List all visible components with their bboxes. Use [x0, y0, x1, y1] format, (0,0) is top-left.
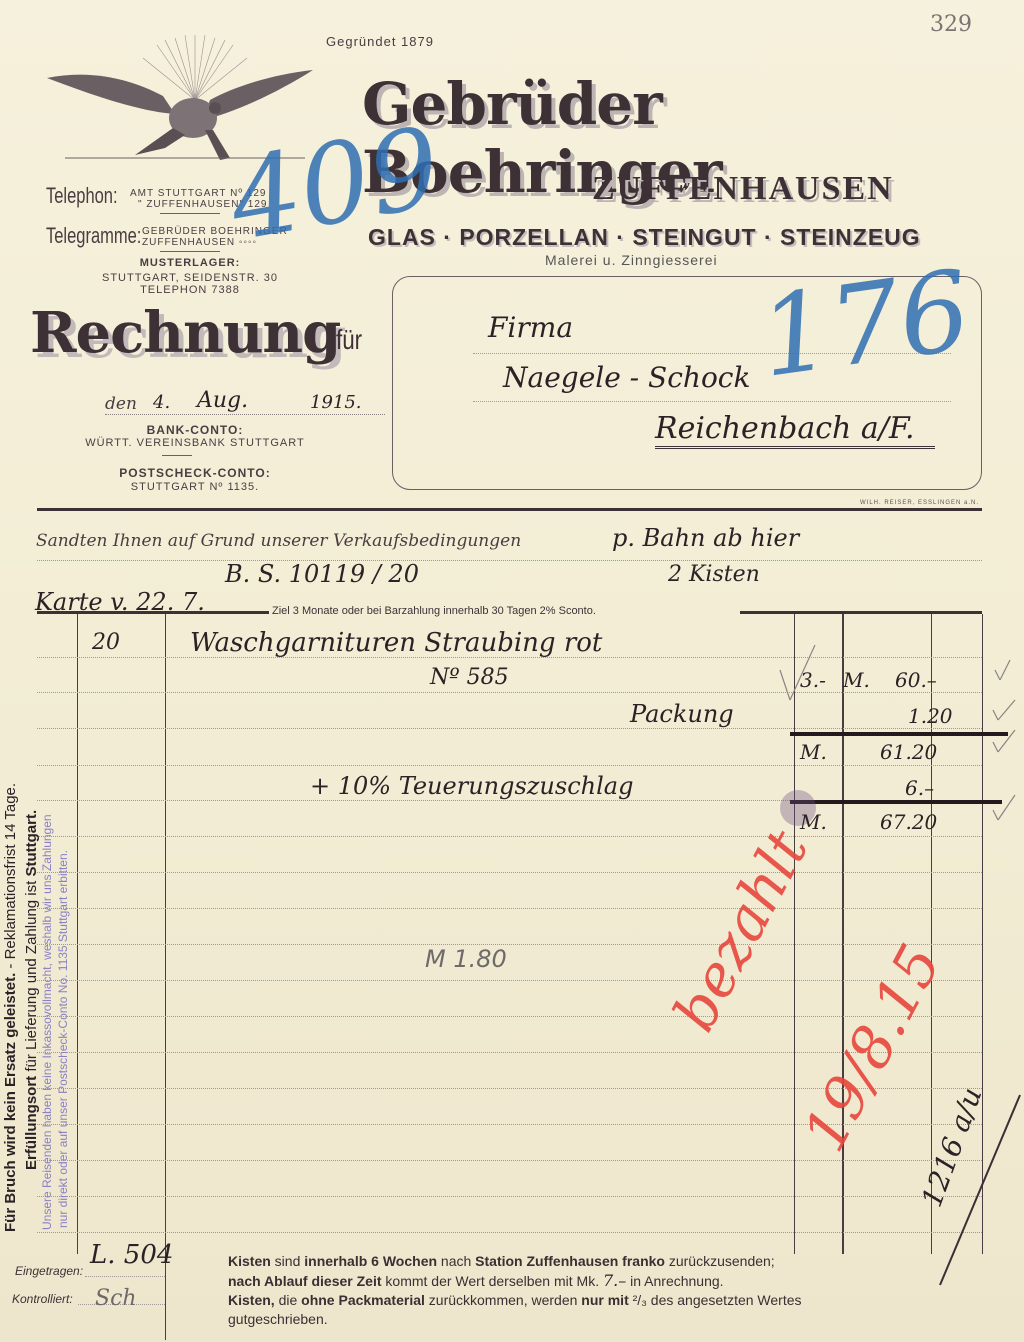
breakage-notice: Für Bruch wird kein Ersatz geleistet. - … — [2, 783, 19, 1232]
payment-terms: Ziel 3 Monate oder bei Barzahlung innerh… — [272, 605, 596, 617]
recipient-line1: Firma — [488, 311, 573, 344]
date-day: 4. — [153, 392, 170, 413]
header-rule — [37, 508, 982, 511]
item-description: Waschgarnituren Straubing rot — [190, 628, 602, 658]
archive-number: 329 — [930, 12, 972, 37]
text-bold: innerhalb 6 Wochen — [304, 1253, 437, 1269]
checked-label: Kontrolliert: — [12, 1292, 73, 1306]
return-policy-line2: nach Ablauf dieser Zeit kommt der Wert d… — [228, 1271, 918, 1291]
text: in Anrechnung. — [626, 1273, 723, 1289]
return-policy-line4: gutgeschrieben. — [228, 1310, 918, 1329]
date-prefix: den — [105, 394, 137, 414]
text-bold: Kisten, — [228, 1292, 275, 1308]
checked-value: Sch — [95, 1286, 137, 1311]
place-city: Stuttgart. — [23, 810, 40, 877]
text: zurückkommen, werden — [425, 1292, 581, 1308]
entered-label: Eingetragen: — [15, 1264, 83, 1278]
bank-label: BANK-CONTO: — [60, 423, 330, 437]
document-title: Rechnung — [30, 300, 340, 366]
text-bold: nur mit — [581, 1292, 628, 1308]
recipient-line3: Reichenbach a/F. — [655, 411, 935, 449]
ruled-line — [37, 908, 982, 909]
package-count: 2 Kisten — [668, 562, 760, 587]
text-bold: Station Zuffenhausen franko — [475, 1253, 665, 1269]
text-bold: nach Ablauf dieser Zeit — [228, 1273, 382, 1289]
bank-value: WÜRTT. VEREINSBANK STUTTGART — [50, 437, 340, 449]
text-bold: ohne Packmaterial — [301, 1292, 425, 1308]
terms-rule-right — [740, 611, 982, 614]
surcharge-label: + 10% Teuerungszuschlag — [310, 772, 633, 800]
postal-check-label: POSTSCHECK-CONTO: — [60, 466, 330, 480]
company-subtitle: Malerei u. Zinngiesserei — [545, 252, 718, 268]
printer-credit: WILH. REISER, ESSLINGEN a.N. — [860, 500, 979, 506]
text: nach — [437, 1253, 475, 1269]
telegram-label: Telegramme: — [46, 223, 141, 249]
breakage-notice-bold: Für Bruch wird kein Ersatz geleistet. — [2, 973, 19, 1232]
divider — [160, 213, 220, 214]
return-policy-line3: Kisten, die ohne Packmaterial zurückkomm… — [228, 1291, 918, 1310]
text-bold: Kisten — [228, 1253, 271, 1269]
ruled-line — [37, 1016, 982, 1017]
text: sind — [271, 1253, 304, 1269]
date-year: 1915. — [310, 392, 362, 413]
order-reference: B. S. 10119 / 20 — [225, 560, 419, 588]
company-city: ZUFFENHAUSEN — [592, 170, 894, 208]
column-line — [165, 614, 166, 1254]
shipping-method: p. Bahn ab hier — [612, 524, 799, 552]
stamp-notice-1: Unsere Reisenden haben keine Inkassovoll… — [40, 814, 54, 1230]
terms-rule-left — [37, 611, 269, 614]
product-line: GLAS · PORZELLAN · STEINGUT · STEINZEUG — [368, 224, 921, 251]
entered-line — [85, 1276, 165, 1277]
complaint-period: - Reklamationsfrist 14 Tage. — [2, 783, 19, 973]
recipient-line2: Naegele - Schock — [503, 361, 750, 394]
ruled-line — [37, 1160, 982, 1161]
pencil-note: M 1.80 — [425, 945, 507, 973]
shipping-intro: Sandten Ihnen auf Grund unserer Verkaufs… — [36, 531, 521, 551]
founded-year: Gegründet 1879 — [326, 34, 434, 49]
telephone-label: Telephon: — [46, 183, 118, 209]
text: ²/₃ des angesetzten Wertes — [629, 1292, 802, 1308]
ruled-line — [37, 944, 982, 945]
address-rule — [473, 401, 951, 403]
return-policy: Kisten sind innerhalb 6 Wochen nach Stat… — [228, 1252, 918, 1329]
place-label: Erfüllungsort — [23, 1076, 40, 1170]
column-line — [77, 614, 78, 1254]
stamp-notice-2: nur direkt oder auf unser Postscheck-Con… — [56, 850, 70, 1228]
checkmarks-icon — [760, 630, 1020, 840]
ruled-line — [37, 872, 982, 873]
ruled-line — [37, 1232, 982, 1233]
text: kommt der Wert derselben mit Mk. — [382, 1273, 603, 1289]
text: zurückzusenden; — [665, 1253, 775, 1269]
place-text: für Lieferung und Zahlung ist — [23, 877, 40, 1076]
item-detail: Nº 585 — [430, 665, 509, 690]
ruled-line — [37, 1196, 982, 1197]
packing-label: Packung — [630, 700, 734, 728]
showroom-phone: TELEPHON 7388 — [70, 284, 310, 296]
ruled-line — [37, 560, 982, 561]
crate-value: 7.– — [603, 1271, 626, 1290]
ruled-line — [37, 980, 982, 981]
cross-out-stroke — [930, 1090, 1024, 1290]
place-of-performance: Erfüllungsort für Lieferung und Zahlung … — [23, 810, 40, 1170]
divider — [162, 455, 192, 456]
entered-value: L. 504 — [90, 1240, 173, 1270]
text: die — [275, 1292, 301, 1308]
date-field: den 4. Aug. 1915. — [105, 392, 385, 415]
date-month: Aug. — [197, 388, 248, 413]
item-quantity: 20 — [92, 630, 120, 655]
showroom-address: STUTTGART, SEIDENSTR. 30 — [70, 272, 310, 284]
postal-check-value: STUTTGART Nº 1135. — [60, 481, 330, 493]
return-policy-line1: Kisten sind innerhalb 6 Wochen nach Stat… — [228, 1252, 918, 1271]
for-label: für — [336, 324, 362, 356]
divider — [160, 251, 220, 252]
